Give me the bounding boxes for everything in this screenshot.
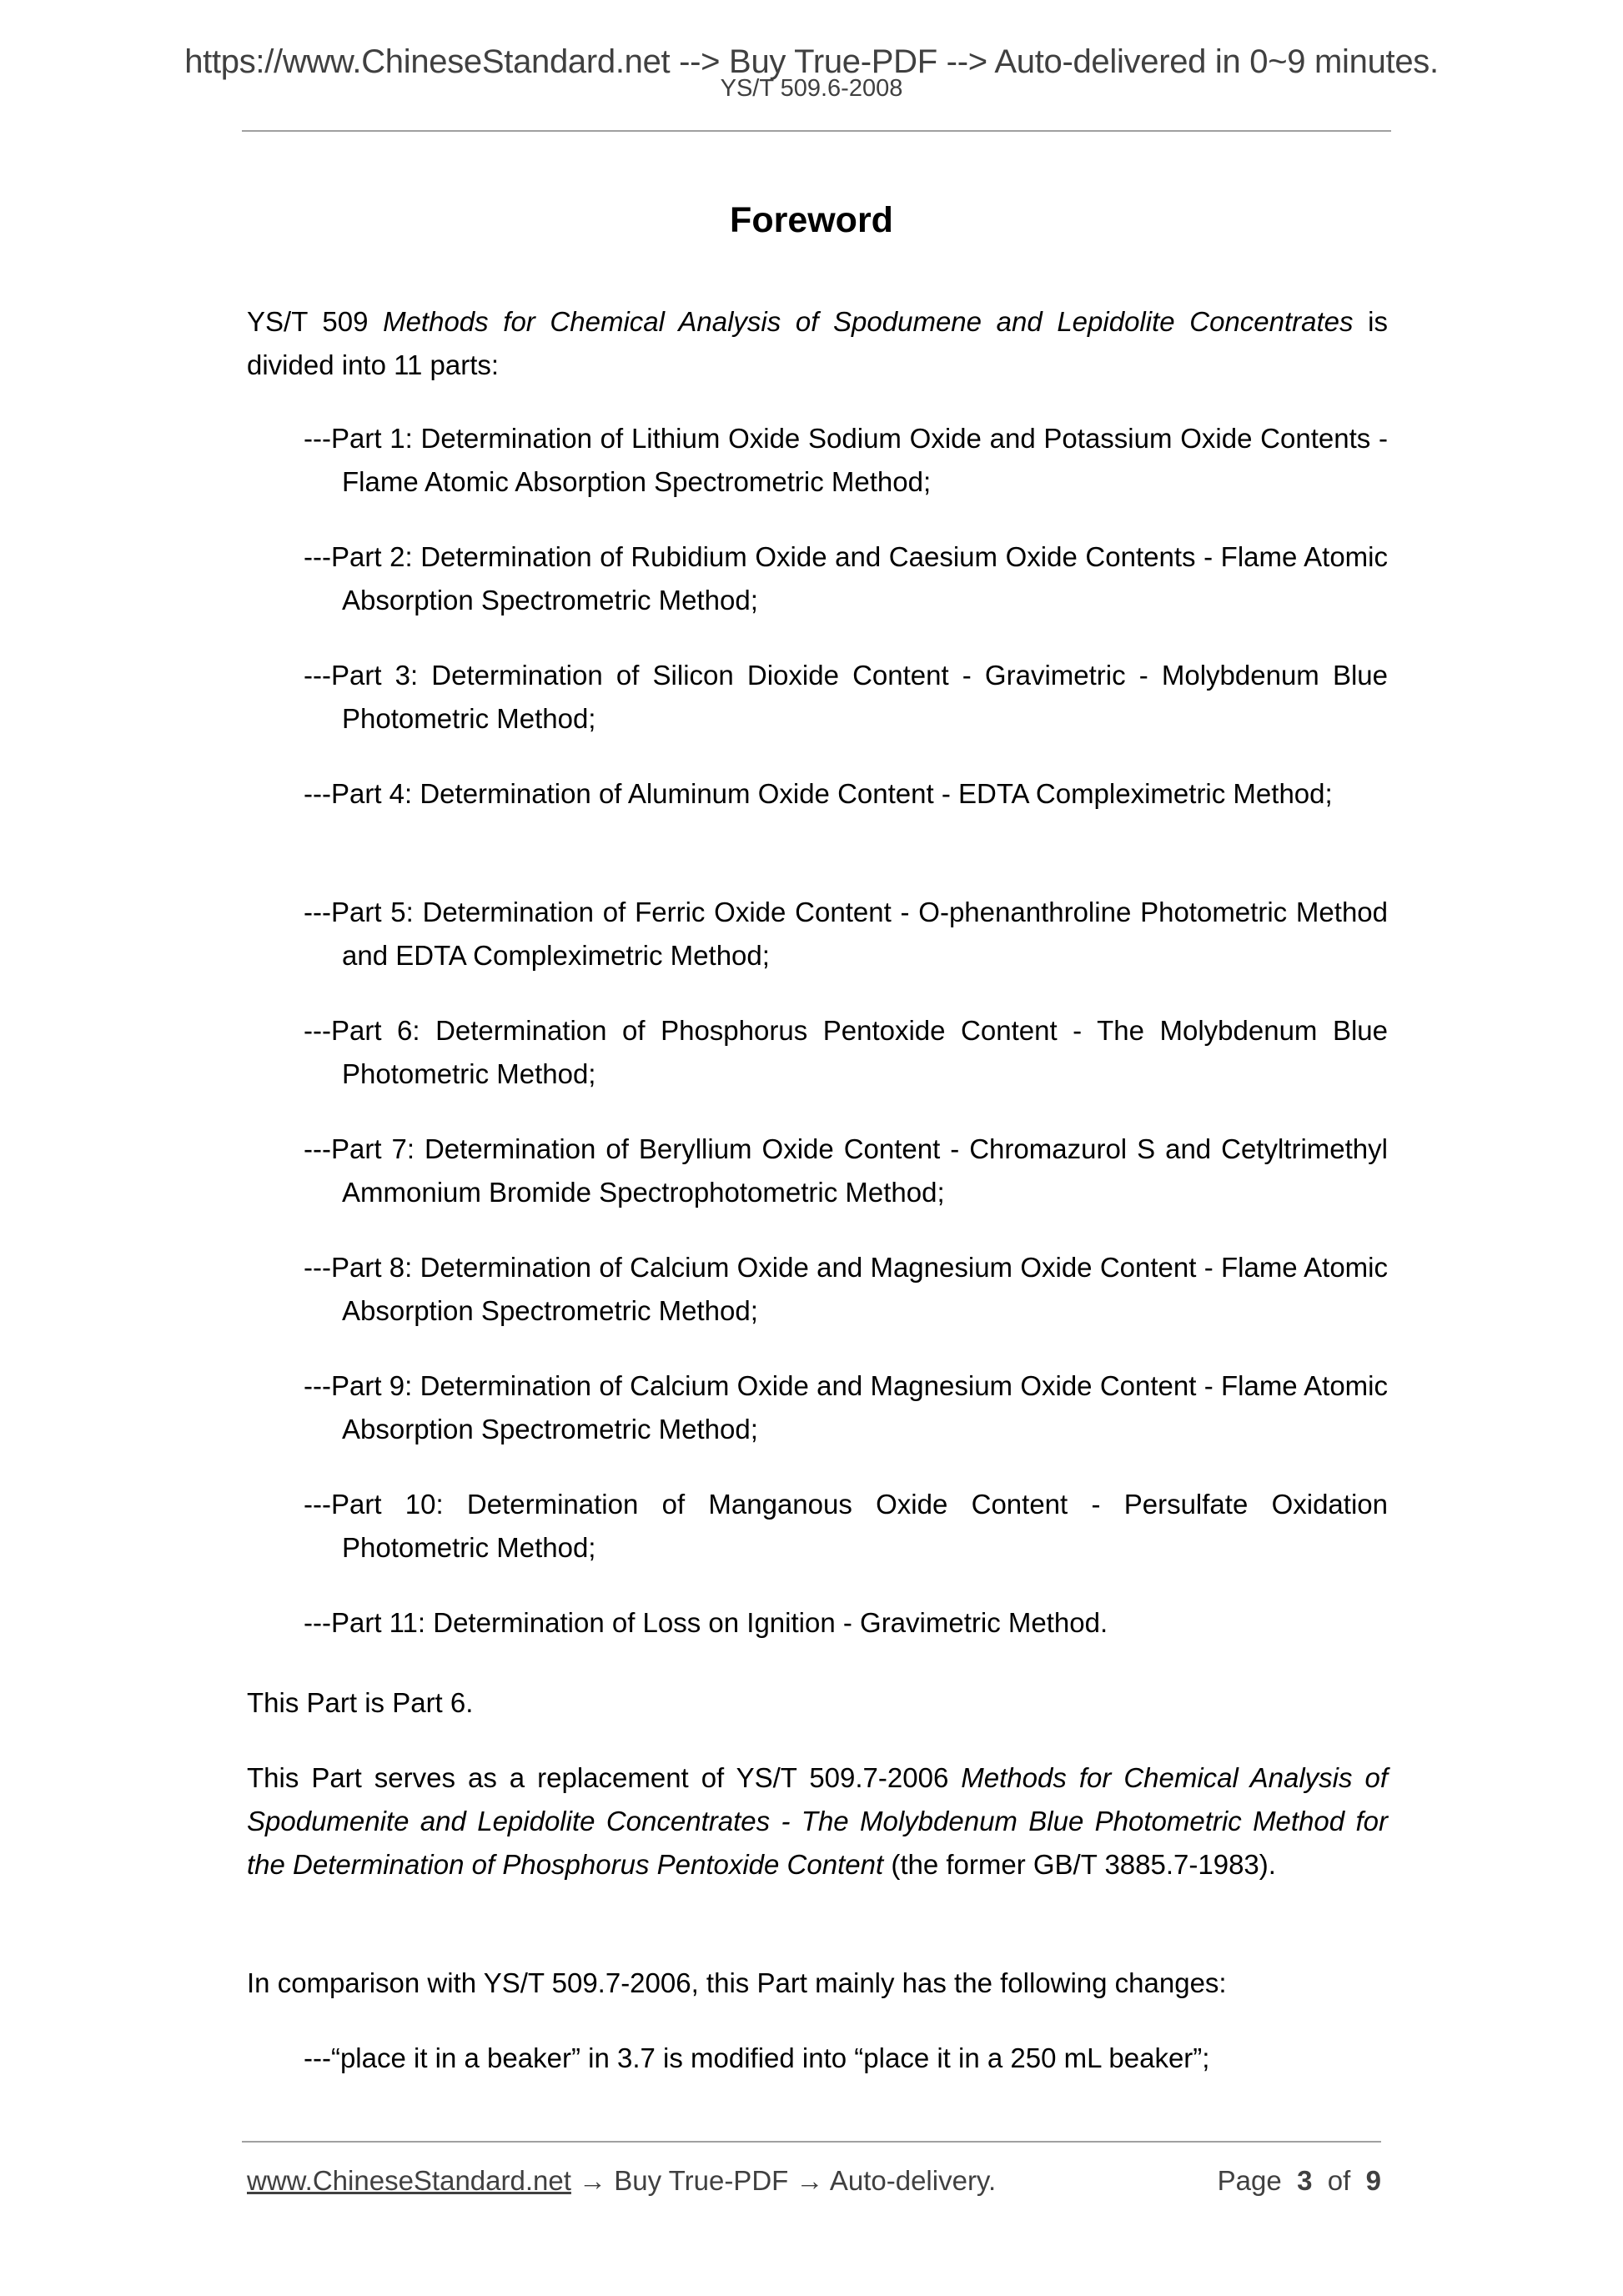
arrow-icon: → [579, 2165, 606, 2196]
replacement-suffix: (the former GB/T 3885.7-1983). [883, 1849, 1276, 1880]
part-list-item: ---Part 7: Determination of Beryllium Ox… [304, 1128, 1388, 1214]
this-part-statement: This Part is Part 6. [247, 1681, 1388, 1725]
part-list-item: ---Part 5: Determination of Ferric Oxide… [304, 891, 1388, 977]
header-divider [242, 130, 1391, 132]
part-list-item: ---Part 8: Determination of Calcium Oxid… [304, 1246, 1388, 1333]
replacement-prefix: This Part serves as a replacement of YS/… [247, 1762, 961, 1793]
page-label: Page [1218, 2165, 1282, 2196]
intro-prefix: YS/T 509 [247, 306, 383, 337]
arrow-icon: → [796, 2165, 823, 2196]
document-code: YS/T 509.6-2008 [0, 75, 1623, 103]
part-list-item: ---Part 9: Determination of Calcium Oxid… [304, 1364, 1388, 1451]
part-list-item: ---Part 3: Determination of Silicon Diox… [304, 654, 1388, 741]
page-title: Foreword [0, 200, 1623, 241]
page-current: 3 [1297, 2165, 1312, 2196]
part-list-item: ---Part 4: Determination of Aluminum Oxi… [304, 772, 1388, 816]
footer-divider [242, 2141, 1381, 2143]
comparison-paragraph: In comparison with YS/T 509.7-2006, this… [247, 1962, 1388, 2005]
page-indicator: Page 3 of 9 [1218, 2165, 1381, 2197]
of-label: of [1328, 2165, 1351, 2196]
page-total: 9 [1366, 2165, 1381, 2196]
footer: www.ChineseStandard.net → Buy True-PDF →… [247, 2165, 1381, 2197]
part-list-item: ---Part 11: Determination of Loss on Ign… [304, 1601, 1388, 1645]
replacement-paragraph: This Part serves as a replacement of YS/… [247, 1756, 1388, 1887]
part-list-item: ---Part 1: Determination of Lithium Oxid… [304, 417, 1388, 504]
part-list-item: ---Part 6: Determination of Phosphorus P… [304, 1009, 1388, 1096]
change-list-item: ---“place it in a beaker” in 3.7 is modi… [304, 2037, 1388, 2080]
intro-paragraph: YS/T 509 Methods for Chemical Analysis o… [247, 300, 1388, 387]
intro-title: Methods for Chemical Analysis of Spodume… [383, 306, 1353, 337]
part-list-item: ---Part 2: Determination of Rubidium Oxi… [304, 535, 1388, 622]
footer-site-link[interactable]: www.ChineseStandard.net [247, 2165, 571, 2196]
footer-delivery-text: Auto-delivery. [830, 2165, 996, 2196]
footer-buy-text: Buy True-PDF [614, 2165, 788, 2196]
part-list-item: ---Part 10: Determination of Manganous O… [304, 1483, 1388, 1570]
